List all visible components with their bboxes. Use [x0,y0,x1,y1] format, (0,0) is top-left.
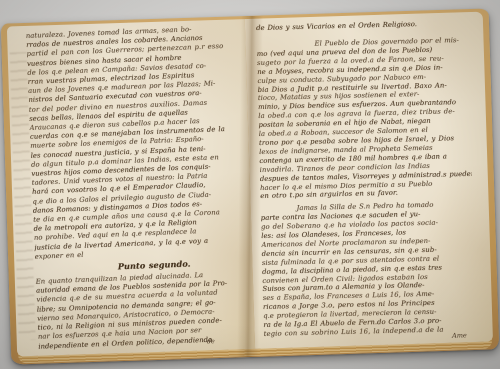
right-paragraph-1: El Pueblo de Dios governado por el mis-m… [256,36,472,201]
right-page-text: de Dios y sus Vicarios en el Orden Relig… [256,19,476,342]
manuscript-book: naturaleza. Jovenes tomad las armas, sea… [1,8,499,364]
open-pages: naturaleza. Jovenes tomad las armas, sea… [7,12,493,357]
left-page-text: naturaleza. Jovenes tomad las armas, sea… [26,23,249,350]
left-paragraph-2: En quanto tranquilizan la piedad alucina… [36,269,249,351]
manuscript-page-left: naturaleza. Jovenes tomad las armas, sea… [7,19,255,356]
left-catchword: de [207,337,215,345]
left-paragraph-1: naturaleza. Jovenes tomad las armas, sea… [26,23,245,261]
right-paragraph-2: Jamas la Silla de S.n Pedro ha tomadopar… [260,200,475,339]
right-catchword: Ame [452,331,467,339]
right-opening-line: de Dios y sus Vicarios en el Orden Relig… [256,19,468,33]
manuscript-page-right: de Dios y sus Vicarios en el Orden Relig… [245,12,493,349]
photo-background: naturaleza. Jovenes tomad las armas, sea… [0,0,500,369]
